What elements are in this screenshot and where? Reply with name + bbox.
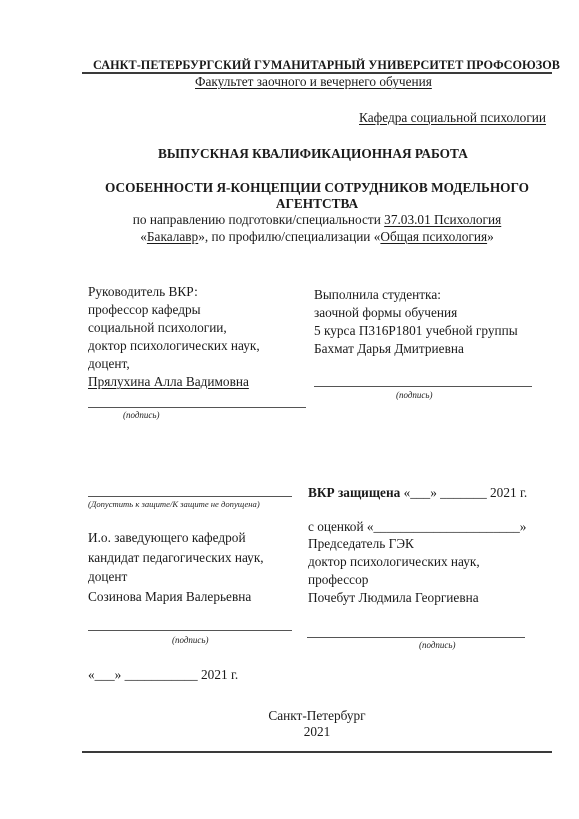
student-name: Бахмат Дарья Дмитриевна — [314, 340, 518, 358]
head-line: доцент — [88, 567, 264, 587]
gek-chair-name: Почебут Людмила Георгиевна — [308, 589, 480, 607]
direction-prefix: по направлению подготовки/специальности — [133, 212, 384, 227]
profile-close-quote: » — [487, 229, 494, 244]
supervisor-label: Руководитель ВКР: — [88, 283, 260, 301]
head-of-department-block: И.о. заведующего кафедрой кандидат педаг… — [88, 528, 264, 606]
direction-value: 37.03.01 Психология — [384, 212, 501, 227]
head-signature-caption: (подпись) — [172, 635, 209, 645]
gek-chair-block: Председатель ГЭК доктор психологических … — [308, 535, 480, 607]
student-label: Выполнила студентка: — [314, 286, 518, 304]
admission-caption: (Допустить к защите/К защите не допущена… — [88, 499, 260, 509]
degree-mid: », по профилю/специализации « — [198, 229, 380, 244]
topic-title-line1: ОСОБЕННОСТИ Я-КОНЦЕПЦИИ СОТРУДНИКОВ МОДЕ… — [82, 180, 552, 196]
degree-open-quote: « — [140, 229, 147, 244]
work-type-title: ВЫПУСКНАЯ КВАЛИФИКАЦИОННАЯ РАБОТА — [158, 146, 468, 162]
student-signature-line — [314, 386, 532, 387]
head-line: И.о. заведующего кафедрой — [88, 528, 264, 548]
supervisor-line: доктор психологических наук, — [88, 337, 260, 355]
head-name: Созинова Мария Валерьевна — [88, 587, 264, 607]
university-name: САНКТ-ПЕТЕРБУРГСКИЙ ГУМАНИТАРНЫЙ УНИВЕРС… — [93, 58, 560, 73]
supervisor-name: Прялухина Алла Вадимовна — [88, 373, 260, 391]
department-name: Кафедра социальной психологии — [359, 110, 546, 126]
student-block: Выполнила студентка: заочной формы обуче… — [314, 286, 518, 358]
footer-year: 2021 — [82, 724, 552, 740]
supervisor-block: Руководитель ВКР: профессор кафедры соци… — [88, 283, 260, 391]
footer-city: Санкт-Петербург — [82, 708, 552, 724]
head-line: кандидат педагогических наук, — [88, 548, 264, 568]
admission-signature-line — [88, 496, 292, 497]
student-line: заочной формы обучения — [314, 304, 518, 322]
defense-line: ВКР защищена «___» _______ 2021 г. — [308, 485, 527, 501]
gek-chair-line: Председатель ГЭК — [308, 535, 480, 553]
gek-chair-line: доктор психологических наук, — [308, 553, 480, 571]
topic-title-line2: АГЕНТСТВА — [82, 196, 552, 212]
head-signature-line — [88, 630, 292, 631]
gek-chair-signature-line — [307, 637, 525, 638]
footer-rule — [82, 751, 552, 753]
supervisor-line: профессор кафедры — [88, 301, 260, 319]
student-signature-caption: (подпись) — [396, 390, 433, 400]
defense-label: ВКР защищена — [308, 485, 400, 500]
student-line: 5 курса П316Р1801 учебной группы — [314, 322, 518, 340]
supervisor-line: социальной психологии, — [88, 319, 260, 337]
gek-chair-signature-caption: (подпись) — [419, 640, 456, 650]
direction-line: по направлению подготовки/специальности … — [82, 212, 552, 228]
degree-value: Бакалавр — [147, 229, 198, 244]
faculty-name: Факультет заочного и вечернего обучения — [195, 74, 432, 90]
profile-value: Общая психология — [380, 229, 487, 244]
supervisor-signature-caption: (подпись) — [123, 410, 160, 420]
defense-date: «___» _______ 2021 г. — [400, 485, 527, 500]
supervisor-signature-line — [88, 407, 306, 408]
gek-chair-line: профессор — [308, 571, 480, 589]
supervisor-line: доцент, — [88, 355, 260, 373]
head-approval-date: «___» ___________ 2021 г. — [88, 667, 238, 683]
defense-grade: с оценкой «______________________» — [308, 519, 526, 535]
profile-line: «Бакалавр», по профилю/специализации «Об… — [82, 229, 552, 245]
